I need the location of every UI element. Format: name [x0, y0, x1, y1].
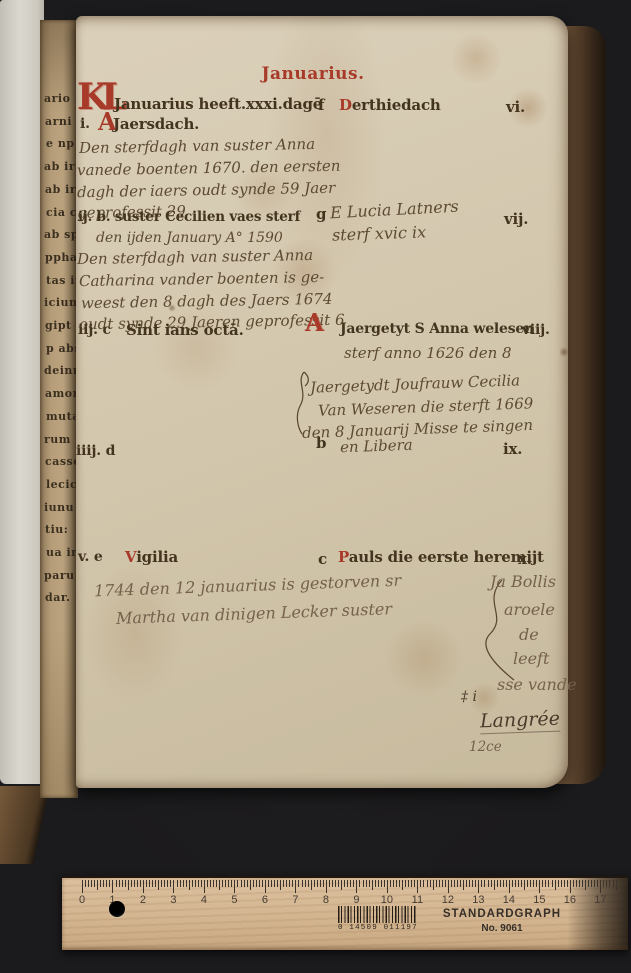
- ruler-tick: [219, 880, 220, 890]
- ruler-tick: [167, 880, 168, 887]
- ruler-tick: [427, 880, 428, 887]
- ruler-number: 0: [79, 894, 85, 906]
- ruler-number: 7: [292, 894, 298, 906]
- fragment-text-line: muta: [44, 406, 78, 429]
- ruler-tick: [231, 880, 232, 887]
- margin-note: aroele: [504, 600, 555, 619]
- ruler-tick: [420, 880, 421, 887]
- obit-line: weest den 8 dagh des Jaers 1674: [81, 290, 333, 312]
- ruler-tick: [512, 880, 513, 887]
- obit-line: vanede boenten 1670. den eersten: [77, 157, 341, 180]
- feast-initial: P: [338, 548, 349, 566]
- ruler-number: 10: [381, 894, 393, 906]
- ruler-tick: [573, 880, 574, 887]
- ruler-barcode: 0 14509 011197: [338, 906, 416, 932]
- ruler-tick: [536, 880, 537, 887]
- ruler-tick: [478, 880, 479, 893]
- ruler-tick: [515, 880, 516, 887]
- margin-note: leeft: [513, 649, 549, 668]
- ruler-tick: [271, 880, 272, 887]
- ruler-tick: [396, 880, 397, 887]
- fragment-text-line: dar.: [44, 587, 78, 610]
- ruler-tick: [237, 880, 238, 887]
- fragment-text-line: iunu: [44, 497, 78, 520]
- ruler-tick: [201, 880, 202, 887]
- ruler-tick: [616, 880, 617, 890]
- ruler-tick: [491, 880, 492, 887]
- ruler-tick: [366, 880, 367, 887]
- fragment-text-line: casso: [44, 451, 78, 474]
- ruler-tick: [332, 880, 333, 887]
- ruler-tick: [518, 880, 519, 887]
- obit-line: den 8 Januarij Misse te singen: [302, 416, 533, 442]
- ruler-number: 4: [201, 894, 207, 906]
- ruler-tick: [280, 880, 281, 890]
- ruler-tick: [119, 880, 120, 887]
- ruler-tick: [158, 880, 159, 890]
- ruler-tick: [402, 880, 403, 890]
- obit-line: Den sterfdagh van suster Anna: [79, 135, 315, 157]
- ruler-tick: [542, 880, 543, 887]
- ruler-number: 17: [594, 894, 606, 906]
- ruler-tick: [244, 880, 245, 887]
- ruler-tick: [445, 880, 446, 887]
- manuscript-page: Januarius. KL A Januarius heeft.xxxi.dag…: [76, 16, 568, 788]
- ruler-number: 9: [353, 894, 359, 906]
- added-entry: E Lucia Latners: [330, 197, 459, 223]
- margin-note: Ja Bollis: [490, 572, 556, 591]
- ruler-tick: [384, 880, 385, 887]
- golden-number: viij.: [522, 322, 550, 338]
- dominical-letter: g: [316, 205, 326, 223]
- ruler-number: 12: [442, 894, 454, 906]
- feast-rest: auls die eerste heremijt: [349, 548, 544, 566]
- ruler-tick: [393, 880, 394, 887]
- golden-number: vij.: [504, 210, 528, 228]
- ruler-tick: [213, 880, 214, 887]
- ruler-tick: [183, 880, 184, 887]
- ruler: 01234567891011121314151617 0 14509 01119…: [62, 876, 628, 950]
- ruler-tick: [527, 880, 528, 887]
- ruler-tick: [109, 880, 110, 887]
- ruler-tick: [387, 880, 388, 893]
- ruler-tick: [335, 880, 336, 887]
- ruler-brand-block: STANDARDGRAPH No. 9061: [414, 908, 590, 934]
- fragment-text-line: ab spi: [44, 224, 78, 247]
- ruler-tick: [149, 880, 150, 887]
- ruler-tick: [423, 880, 424, 887]
- barcode-digits: 0 14509 011197: [338, 924, 416, 932]
- red-initial: A: [305, 312, 323, 334]
- ruler-tick: [436, 880, 437, 887]
- ruler-tick: [140, 880, 141, 887]
- ruler-tick: [405, 880, 406, 887]
- spine-fragment-strip: arioarnie npab iraab iracia coiab spipph…: [40, 20, 78, 798]
- spine-fragment-lines: arioarnie npab iraab iracia coiab spipph…: [40, 20, 78, 610]
- fragment-text-line: amor: [44, 383, 78, 406]
- ruler-tick: [548, 880, 549, 887]
- ruler-tick: [100, 880, 101, 887]
- ruler-tick: [463, 880, 464, 890]
- ruler-tick: [198, 880, 199, 887]
- margin-note: de: [519, 625, 539, 644]
- ruler-tick: [283, 880, 284, 887]
- ruler-tick: [372, 880, 373, 890]
- obit-line: Catharina vander boenten is ge-: [79, 268, 324, 290]
- fragment-text-line: tas ir: [44, 270, 78, 293]
- fragment-text-line: tiu:: [44, 519, 78, 542]
- fragment-text-line: ua in: [44, 542, 78, 565]
- feast-rest: erthiedach: [352, 96, 441, 114]
- ruler-tick: [466, 880, 467, 887]
- ruler-tick: [530, 880, 531, 887]
- ruler-tick: [558, 880, 559, 887]
- ruler-number: 3: [170, 894, 176, 906]
- ruler-tick: [399, 880, 400, 887]
- ruler-tick: [347, 880, 348, 887]
- ruler-tick: [234, 880, 235, 893]
- fragment-text-line: gipt: [44, 315, 78, 338]
- ruler-tick: [603, 880, 604, 887]
- ruler-tick: [588, 880, 589, 887]
- ruler-tick: [497, 880, 498, 887]
- ruler-tick: [597, 880, 598, 887]
- ruler-tick: [250, 880, 251, 890]
- ruler-tick: [91, 880, 92, 887]
- ruler-tick: [125, 880, 126, 887]
- margin-signature: Langrée: [480, 708, 561, 735]
- facing-page-edge: [0, 0, 44, 784]
- ruler-tick: [506, 880, 507, 887]
- ruler-tick: [439, 880, 440, 887]
- ruler-tick: [500, 880, 501, 887]
- golden-number: vi.: [506, 98, 525, 116]
- ruler-tick: [417, 880, 418, 893]
- ruler-tick: [454, 880, 455, 887]
- ruler-tick: [210, 880, 211, 887]
- fragment-text-line: deinr: [44, 360, 78, 383]
- ruler-tick: [539, 880, 540, 893]
- feast-entry: Sint ians octā.: [126, 321, 244, 339]
- calendar-row-left-date: den ijden January A° 1590: [96, 230, 283, 246]
- obit-line: Jaergetydt Joufrauw Cecilia: [310, 371, 521, 396]
- ruler-tick: [338, 880, 339, 887]
- ruler-tick: [570, 880, 571, 893]
- feast-entry: Derthiedach: [339, 96, 441, 114]
- ruler-tick: [408, 880, 409, 887]
- fragment-text-line: arni: [44, 111, 78, 134]
- ruler-tick: [143, 880, 144, 893]
- feast-rest: igilia: [136, 548, 178, 566]
- ruler-tick: [414, 880, 415, 887]
- obit-line: Den sterfdagh van suster Anna: [77, 246, 313, 268]
- fragment-text-line: e np: [44, 133, 78, 156]
- ruler-model: No. 9061: [414, 923, 590, 934]
- ruler-tick: [430, 880, 431, 887]
- ruler-tick: [207, 880, 208, 887]
- ruler-tick: [350, 880, 351, 887]
- calendar-row-left: ij. b. suster Cecilien vaes sterf: [78, 209, 300, 225]
- ruler-tick: [552, 880, 553, 887]
- ruler-tick: [442, 880, 443, 887]
- ruler-tick: [472, 880, 473, 887]
- ruler-tick: [164, 880, 165, 887]
- ruler-tick: [85, 880, 86, 887]
- fragment-text-line: ario: [44, 88, 78, 111]
- feast-initial: V: [125, 548, 136, 566]
- ruler-tick: [323, 880, 324, 887]
- ruler-tick: [317, 880, 318, 887]
- ruler-tick: [268, 880, 269, 887]
- ruler-tick: [448, 880, 449, 893]
- fragment-text-line: p abst: [44, 338, 78, 361]
- ruler-tick: [265, 880, 266, 893]
- feast-entry: Pauls die eerste heremijt: [338, 548, 544, 566]
- ruler-tick: [195, 880, 196, 887]
- ruler-tick: [600, 880, 601, 893]
- ruler-tick: [146, 880, 147, 887]
- dominical-letter: f: [318, 96, 324, 114]
- ruler-tick: [289, 880, 290, 887]
- ruler-tick: [222, 880, 223, 887]
- obit-line: Van Weseren die sterft 1669: [318, 394, 534, 420]
- ruler-tick: [481, 880, 482, 887]
- ruler-tick: [576, 880, 577, 887]
- ruler-tick: [363, 880, 364, 887]
- ruler-number: 11: [412, 894, 423, 906]
- month-heading: Januarius heeft.xxxi.dagē: [114, 95, 322, 113]
- day-number: i.: [80, 116, 90, 132]
- ruler-tick: [155, 880, 156, 887]
- ruler-tick: [353, 880, 354, 887]
- ruler-tick: [88, 880, 89, 887]
- fragment-text-line: cia coi: [44, 202, 78, 225]
- ruler-number: 16: [564, 894, 576, 906]
- ruler-tick: [509, 880, 510, 893]
- margin-note: sse vande: [497, 675, 577, 694]
- fragment-text-line: ab ira: [44, 179, 78, 202]
- ruler-tick: [503, 880, 504, 887]
- ruler-tick: [606, 880, 607, 887]
- dominical-letter: c: [318, 550, 327, 568]
- ruler-tick: [177, 880, 178, 887]
- ruler-tick: [326, 880, 327, 893]
- ruler-tick: [579, 880, 580, 887]
- ruler-tick: [494, 880, 495, 890]
- ruler-tick: [359, 880, 360, 887]
- late-note-line: 1744 den 12 januarius is gestorven sr: [94, 571, 402, 601]
- ruler-tick: [469, 880, 470, 887]
- ruler-tick: [591, 880, 592, 887]
- ruler-tick: [180, 880, 181, 887]
- ruler-tick: [609, 880, 610, 887]
- ruler-tick: [94, 880, 95, 887]
- late-note-line: Martha van dinigen Lecker suster: [116, 599, 393, 628]
- ruler-tick: [561, 880, 562, 887]
- ruler-tick: [451, 880, 452, 887]
- ruler-tick: [305, 880, 306, 887]
- ruler-tick: [582, 880, 583, 887]
- ruler-tick: [311, 880, 312, 890]
- ruler-number: 5: [231, 894, 237, 906]
- golden-number: ix.: [503, 440, 522, 458]
- ruler-tick: [567, 880, 568, 887]
- ruler-tick: [460, 880, 461, 887]
- feast-entry: Vigilia: [125, 548, 178, 566]
- feast-initial: D: [339, 96, 352, 114]
- ruler-tick: [457, 880, 458, 887]
- ruler-number: 15: [533, 894, 545, 906]
- ruler-tick: [356, 880, 357, 893]
- day-number: iij. c: [78, 322, 111, 338]
- fragment-text-line: paru: [44, 565, 78, 588]
- ruler-tick: [128, 880, 129, 890]
- ruler-tick: [484, 880, 485, 887]
- obit-line: en Libera: [340, 436, 413, 457]
- ruler-tick: [555, 880, 556, 890]
- ruler-tick: [302, 880, 303, 887]
- fragment-text-line: icium: [44, 292, 78, 315]
- ruler-tick: [533, 880, 534, 887]
- ruler-number: 8: [323, 894, 329, 906]
- ruler-tick: [173, 880, 174, 893]
- ruler-number: 6: [262, 894, 268, 906]
- fragment-text-line: pphar: [44, 247, 78, 270]
- ruler-tick: [613, 880, 614, 887]
- ruler-tick: [369, 880, 370, 887]
- ruler-number: 14: [503, 894, 515, 906]
- day-number: iiij. d: [76, 443, 115, 459]
- added-entry: sterf anno 1626 den 8: [344, 344, 512, 362]
- ruler-tick: [488, 880, 489, 887]
- month-title: Januarius.: [258, 64, 368, 84]
- fragment-text-line: rum: [44, 429, 78, 452]
- margin-note: 12ce: [469, 739, 502, 755]
- ruler-tick: [82, 880, 83, 893]
- ruler-tick: [137, 880, 138, 887]
- ruler-number: 2: [140, 894, 146, 906]
- ruler-tick: [259, 880, 260, 887]
- ruler-tick: [247, 880, 248, 887]
- day-number: v. e: [78, 549, 103, 565]
- obit-line: dagh der iaers oudt synde 59 Jaer: [77, 179, 336, 202]
- ruler-tick: [295, 880, 296, 893]
- ruler-tick: [116, 880, 117, 887]
- added-entry: Jaergetyt S Anna welesen: [340, 321, 534, 337]
- feast-entry: Jaersdach.: [113, 115, 199, 133]
- ruler-tick: [192, 880, 193, 887]
- ruler-tick: [134, 880, 135, 887]
- ruler-tick: [524, 880, 525, 890]
- ruler-tick: [112, 880, 113, 893]
- ruler-tick: [390, 880, 391, 887]
- ruler-tick: [122, 880, 123, 887]
- ruler-tick: [564, 880, 565, 887]
- ruler-tick: [216, 880, 217, 887]
- ruler-tick: [433, 880, 434, 890]
- cross-mark: ‡ i: [461, 689, 477, 705]
- ruler-tick: [152, 880, 153, 887]
- ruler-tick: [545, 880, 546, 887]
- ruler-tick: [189, 880, 190, 890]
- dominical-letter: b: [316, 434, 326, 452]
- ruler-tick: [186, 880, 187, 887]
- ruler-hole: [109, 901, 125, 917]
- ruler-tick: [286, 880, 287, 887]
- ruler-number: 13: [472, 894, 484, 906]
- ruler-tick: [292, 880, 293, 887]
- ruler-tick: [375, 880, 376, 887]
- ruler-tick: [97, 880, 98, 890]
- barcode-bars-icon: [338, 906, 416, 923]
- ruler-tick: [298, 880, 299, 887]
- golden-number: x.: [518, 550, 532, 568]
- ruler-tick: [253, 880, 254, 887]
- fragment-text-line: lecice: [44, 474, 78, 497]
- fragment-text-line: ab ira: [44, 156, 78, 179]
- ruler-tick: [106, 880, 107, 887]
- ruler-tick: [344, 880, 345, 887]
- ruler-tick: [241, 880, 242, 887]
- ruler-tick: [103, 880, 104, 887]
- ruler-tick: [378, 880, 379, 887]
- ruler-tick: [256, 880, 257, 887]
- ruler-tick: [329, 880, 330, 887]
- ruler-tick: [320, 880, 321, 887]
- ruler-tick: [274, 880, 275, 887]
- added-entry: sterf xvic ix: [332, 222, 427, 244]
- ruler-tick: [341, 880, 342, 890]
- ruler-tick: [131, 880, 132, 887]
- ruler-tick: [585, 880, 586, 890]
- ruler-tick: [381, 880, 382, 887]
- ruler-tick: [475, 880, 476, 887]
- ruler-tick: [170, 880, 171, 887]
- ruler-tick: [225, 880, 226, 887]
- ruler-tick: [314, 880, 315, 887]
- ruler-tick: [277, 880, 278, 887]
- ruler-tick: [161, 880, 162, 887]
- ruler-tick: [262, 880, 263, 887]
- ruler-tick: [308, 880, 309, 887]
- ruler-tick: [521, 880, 522, 887]
- ruler-tick: [594, 880, 595, 887]
- ruler-tick: [411, 880, 412, 887]
- ruler-tick: [204, 880, 205, 893]
- ruler-brand: STANDARDGRAPH: [414, 908, 590, 920]
- ruler-tick: [228, 880, 229, 887]
